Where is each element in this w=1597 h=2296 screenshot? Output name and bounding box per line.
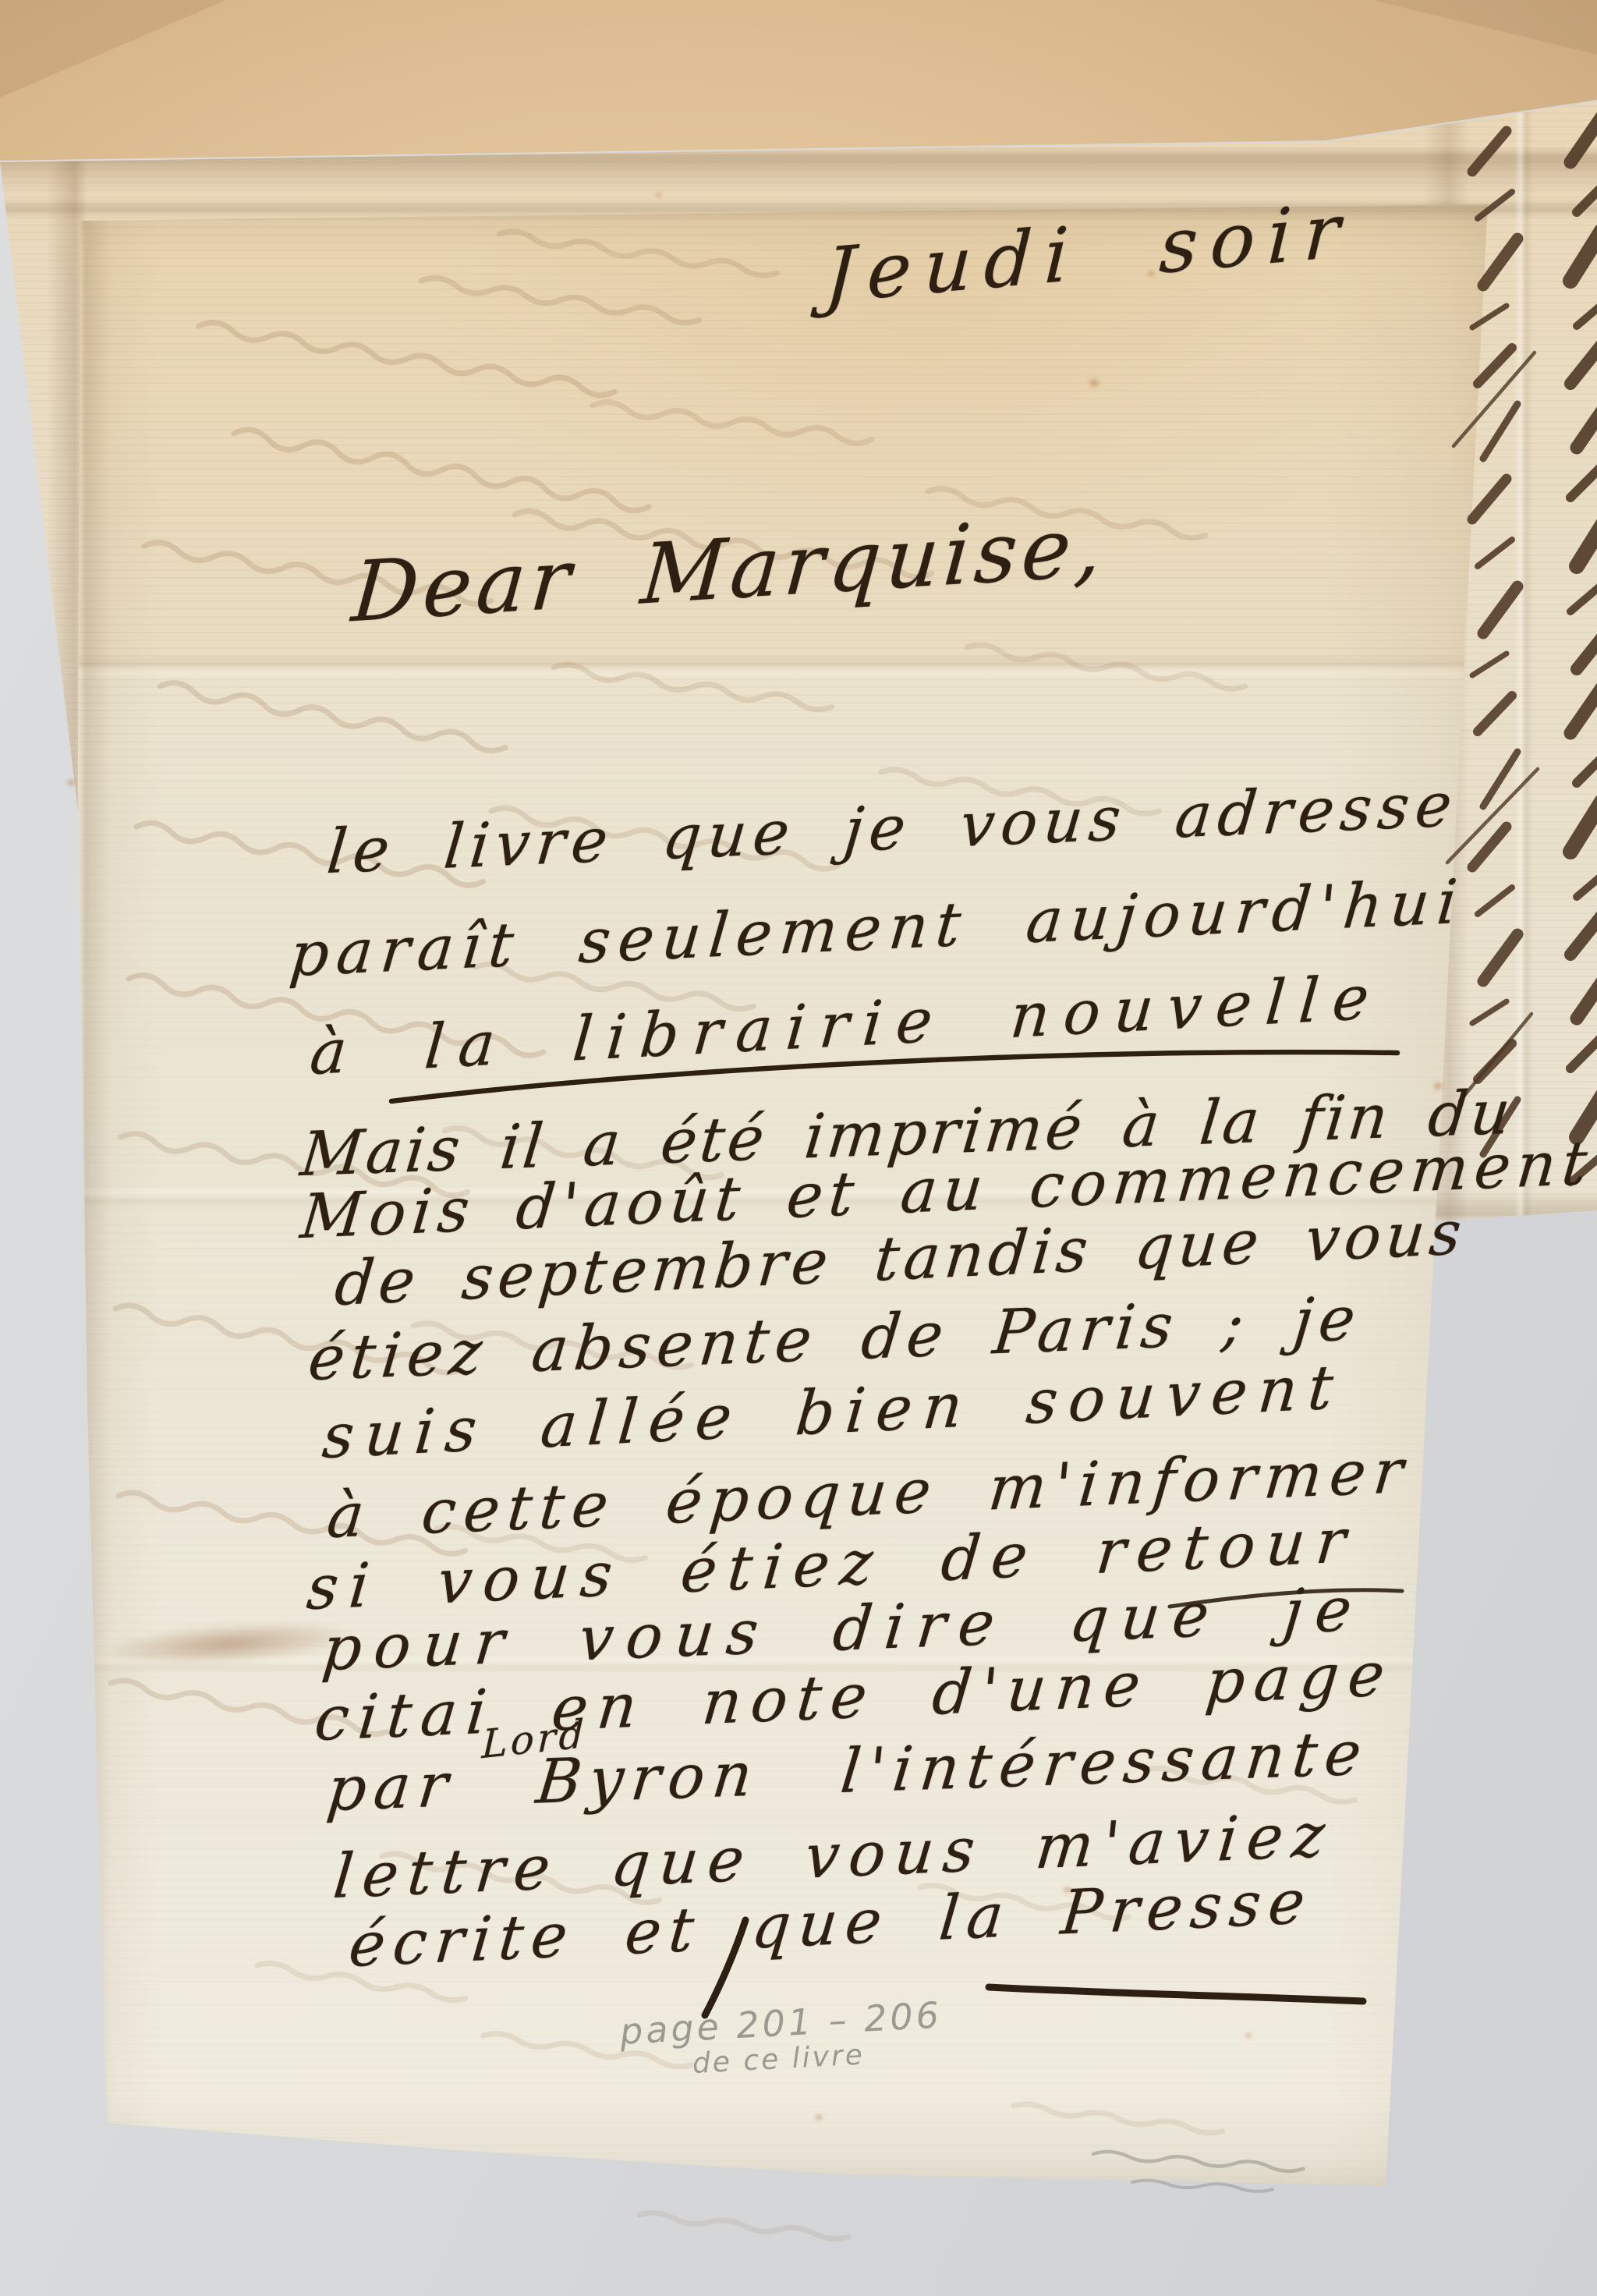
letter-photograph: Jeudi soir Dear Marquise, le livre que j… <box>0 0 1597 2296</box>
foxing-spot <box>66 778 76 787</box>
foxing-spot <box>1432 1081 1444 1091</box>
foxing-spot <box>1087 377 1101 388</box>
foxing-spot <box>1146 270 1156 278</box>
foxing-spot <box>655 192 663 198</box>
foxing-spot <box>1245 2032 1252 2039</box>
foxing-spot <box>814 2114 823 2121</box>
foxing-spot <box>1062 1886 1073 1894</box>
